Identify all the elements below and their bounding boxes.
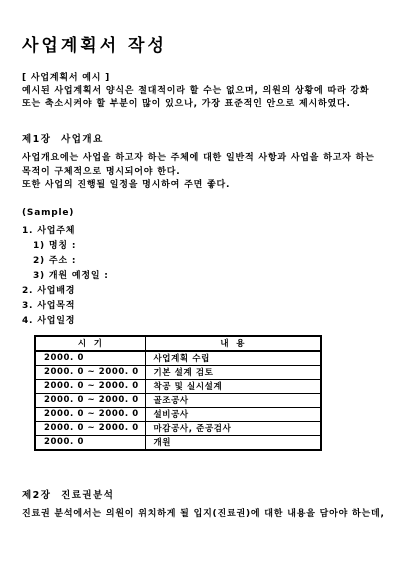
table-row: 2000. 0 ~ 2000. 0 마감공사, 준공검사 xyxy=(35,421,321,435)
cell-time: 2000. 0 ~ 2000. 0 xyxy=(35,393,145,407)
schedule-table: 시 기 내 용 2000. 0 사업계획 수립 2000. 0 ~ 2000. … xyxy=(34,335,322,451)
chapter2-heading: 제2장 진료권분석 xyxy=(22,489,382,502)
chapter2-body-line: 진료권 분석에서는 의원이 위치하게 될 입지(진료권)에 대한 내용을 담아야… xyxy=(22,508,382,521)
list-item: 2) 주소 : xyxy=(22,254,382,269)
chapter1-heading: 제1장 사업개요 xyxy=(22,133,382,146)
table-row: 2000. 0 개원 xyxy=(35,435,321,450)
table-row: 2000. 0 ~ 2000. 0 착공 및 실시설계 xyxy=(35,379,321,393)
list-item: 1. 사업주체 xyxy=(22,224,382,239)
example-section: [ 사업계획서 예시 ] 예시된 사업계획서 양식은 절대적이라 할 수는 없으… xyxy=(22,72,382,111)
cell-content: 골조공사 xyxy=(145,393,321,407)
cell-content: 착공 및 실시설계 xyxy=(145,379,321,393)
cell-time: 2000. 0 xyxy=(35,435,145,450)
chapter1-body: 사업개요에는 사업을 하고자 하는 주체에 대한 일반적 사항과 사업을 하고자… xyxy=(22,152,382,193)
table-header-row: 시 기 내 용 xyxy=(35,336,321,351)
body-line: 사업개요에는 사업을 하고자 하는 주체에 대한 일반적 사항과 사업을 하고자… xyxy=(22,152,382,166)
list-item: 1) 명칭 : xyxy=(22,239,382,254)
table-header-time: 시 기 xyxy=(35,336,145,351)
list-item: 3) 개원 예정일 : xyxy=(22,269,382,284)
cell-time: 2000. 0 ~ 2000. 0 xyxy=(35,407,145,421)
example-label: [ 사업계획서 예시 ] xyxy=(22,72,382,85)
example-line: 예시된 사업계획서 양식은 절대적이라 할 수는 없으며, 의원의 상황에 따라… xyxy=(22,85,382,98)
cell-time: 2000. 0 ~ 2000. 0 xyxy=(35,421,145,435)
cell-content: 사업계획 수립 xyxy=(145,351,321,366)
body-line: 또한 사업의 진행될 일정을 명시하여 주면 좋다. xyxy=(22,179,382,193)
list-item: 3. 사업목적 xyxy=(22,299,382,314)
table-header-content: 내 용 xyxy=(145,336,321,351)
table-row: 2000. 0 사업계획 수립 xyxy=(35,351,321,366)
document-page: 사업계획서 작성 [ 사업계획서 예시 ] 예시된 사업계획서 양식은 절대적이… xyxy=(0,0,400,565)
table-row: 2000. 0 ~ 2000. 0 설비공사 xyxy=(35,407,321,421)
example-line: 또는 축소시켜야 할 부분이 많이 있으나, 가장 표준적인 안으로 제시하였다… xyxy=(22,98,382,111)
list-item: 4. 사업일정 xyxy=(22,314,382,329)
cell-time: 2000. 0 ~ 2000. 0 xyxy=(35,379,145,393)
cell-content: 설비공사 xyxy=(145,407,321,421)
list-item: 2. 사업배경 xyxy=(22,284,382,299)
cell-content: 개원 xyxy=(145,435,321,450)
cell-time: 2000. 0 ~ 2000. 0 xyxy=(35,365,145,379)
cell-content: 마감공사, 준공검사 xyxy=(145,421,321,435)
table-row: 2000. 0 ~ 2000. 0 골조공사 xyxy=(35,393,321,407)
cell-content: 기본 설계 검토 xyxy=(145,365,321,379)
table-row: 2000. 0 ~ 2000. 0 기본 설계 검토 xyxy=(35,365,321,379)
cell-time: 2000. 0 xyxy=(35,351,145,366)
body-line: 목적이 구체적으로 명시되어야 한다. xyxy=(22,166,382,180)
sample-label: (Sample) xyxy=(22,207,382,220)
page-title: 사업계획서 작성 xyxy=(22,36,382,56)
outline-list: 1. 사업주체 1) 명칭 : 2) 주소 : 3) 개원 예정일 : 2. 사… xyxy=(22,224,382,329)
